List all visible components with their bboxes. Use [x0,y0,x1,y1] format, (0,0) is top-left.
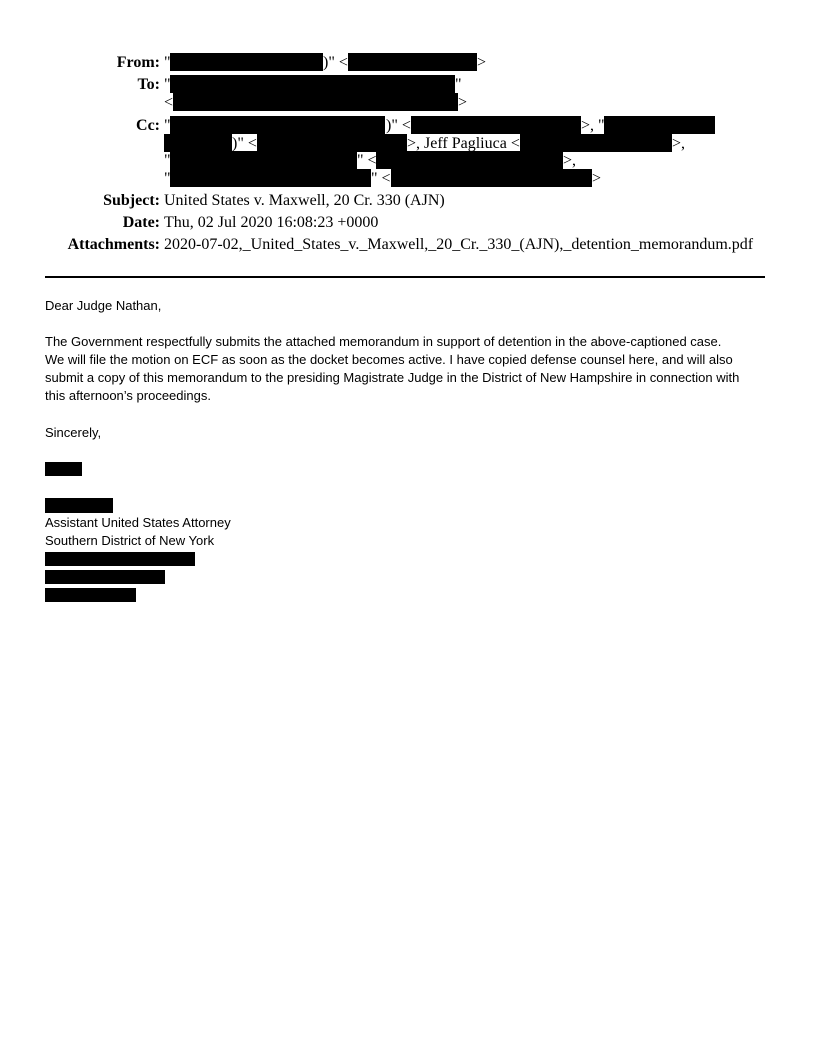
paragraph-line-2: We will file the motion on ECF as soon a… [45,351,733,369]
cc4-end: > [592,170,601,188]
cc1-mid: )" < [386,117,411,135]
cc1-email-redaction [411,116,581,134]
cc1-name-redaction [170,116,385,134]
subject-value: United States v. Maxwell, 20 Cr. 330 (AJ… [164,192,445,210]
cc2-tail: >, [672,135,685,153]
to-label: To: [0,76,160,94]
signature-line-redaction-3 [45,588,136,602]
cc5-name-redaction [170,169,371,187]
greeting: Dear Judge Nathan, [45,297,161,315]
from-mid: )" < [323,54,348,72]
cc-label: Cc: [0,117,160,135]
from-name-redaction [170,53,323,71]
cc2-email-redaction [257,134,407,152]
cc4-email-redaction [376,151,563,169]
cc3-mid: " < [357,152,377,170]
from-email-redaction [348,53,477,71]
signature-office: Southern District of New York [45,532,214,550]
paragraph-line-4: this afternoon’s proceedings. [45,387,211,405]
signature-name-redaction [45,498,113,513]
cc2-name-redaction-b [164,134,232,152]
to-quote-close: " [455,76,462,94]
signature-line-redaction-2 [45,570,165,584]
cc5-email-redaction [391,169,592,187]
cc3-end: >, [563,152,576,170]
attachments-label: Attachments: [0,236,160,254]
date-value: Thu, 02 Jul 2020 16:08:23 +0000 [164,214,378,232]
attachment-link[interactable]: 2020-07-02,_United_States_v._Maxwell,_20… [164,236,753,254]
signature-title: Assistant United States Attorney [45,514,231,532]
signature-initials-redaction [45,462,82,476]
to-name-redaction [170,75,455,93]
to-close: > [458,94,467,112]
from-label: From: [0,54,160,72]
header-divider [45,276,765,278]
from-close: > [477,54,486,72]
signature-line-redaction-1 [45,552,195,566]
to-angle-open: < [164,94,173,112]
subject-label: Subject: [0,192,160,210]
paragraph-line-1: The Government respectfully submits the … [45,333,721,351]
cc2-name-redaction-a [604,116,715,134]
to-email-redaction [173,93,458,111]
closing: Sincerely, [45,424,101,442]
cc4-name-redaction [170,151,357,169]
cc3-email-redaction [520,134,672,152]
cc1-end: >, " [581,117,605,135]
date-label: Date: [0,214,160,232]
cc4-mid: " < [371,170,391,188]
paragraph-line-3: submit a copy of this memorandum to the … [45,369,739,387]
